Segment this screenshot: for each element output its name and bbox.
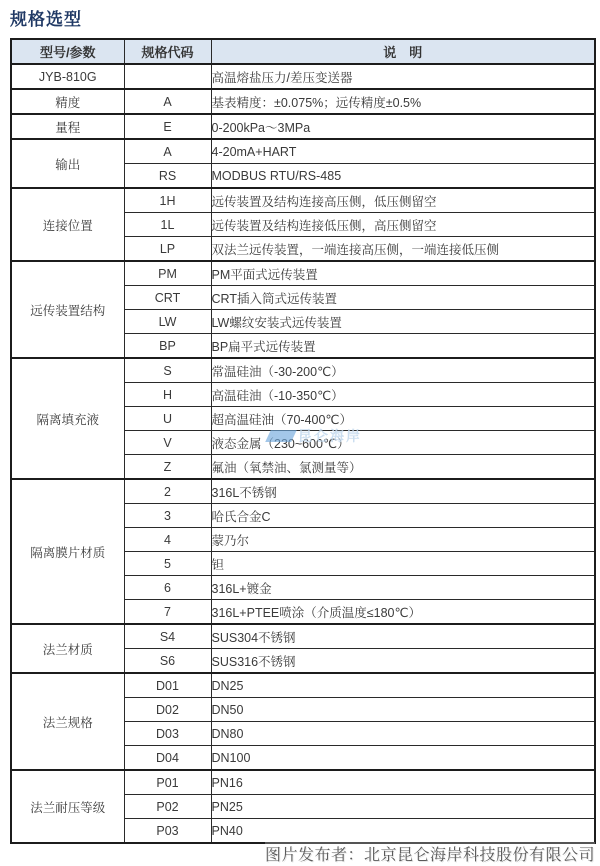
desc-cell: SUS304不锈钢	[211, 624, 595, 649]
code-cell: S4	[124, 624, 211, 649]
code-cell: 3	[124, 504, 211, 528]
desc-cell: 远传装置及结构连接高压侧，低压侧留空	[211, 188, 595, 213]
desc-cell: 哈氏合金C	[211, 504, 595, 528]
desc-cell: DN100	[211, 746, 595, 771]
desc-cell: 远传装置及结构连接低压侧，高压侧留空	[211, 213, 595, 237]
code-cell: 5	[124, 552, 211, 576]
desc-cell: 液态金属（230~600℃）	[211, 431, 595, 455]
table-row: 隔离膜片材质2316L不锈钢	[11, 479, 595, 504]
header-spec-code: 规格代码	[124, 39, 211, 64]
table-row: JYB-810G高温熔盐压力/差压变送器	[11, 64, 595, 89]
code-cell: CRT	[124, 286, 211, 310]
desc-cell: PN25	[211, 795, 595, 819]
desc-cell: 双法兰远传装置，一端连接高压侧，一端连接低压侧	[211, 237, 595, 262]
code-cell: 4	[124, 528, 211, 552]
code-cell: PM	[124, 261, 211, 286]
table-row: 隔离填充液S常温硅油（-30-200℃）	[11, 358, 595, 383]
code-cell: RS	[124, 164, 211, 189]
code-cell: V	[124, 431, 211, 455]
desc-cell: LW螺纹安装式远传装置	[211, 310, 595, 334]
param-cell: 远传装置结构	[11, 261, 124, 358]
code-cell: A	[124, 139, 211, 164]
desc-cell: DN50	[211, 698, 595, 722]
spec-table-header: 型号/参数 规格代码 说 明	[11, 39, 595, 64]
desc-cell: CRT插入筒式远传装置	[211, 286, 595, 310]
code-cell: D01	[124, 673, 211, 698]
code-cell: D04	[124, 746, 211, 771]
code-cell: BP	[124, 334, 211, 359]
code-cell: S6	[124, 649, 211, 674]
table-row: 远传装置结构PMPM平面式远传装置	[11, 261, 595, 286]
code-cell: 2	[124, 479, 211, 504]
desc-cell: 常温硅油（-30-200℃）	[211, 358, 595, 383]
code-cell: H	[124, 383, 211, 407]
code-cell: P02	[124, 795, 211, 819]
code-cell: LW	[124, 310, 211, 334]
param-cell: 精度	[11, 89, 124, 114]
desc-cell: 0-200kPa～3MPa	[211, 114, 595, 139]
code-cell: E	[124, 114, 211, 139]
param-cell: 连接位置	[11, 188, 124, 261]
spec-table-body: JYB-810G高温熔盐压力/差压变送器精度A基表精度：±0.075%；远传精度…	[11, 64, 595, 843]
code-cell: D02	[124, 698, 211, 722]
table-row: 精度A基表精度：±0.075%；远传精度±0.5%	[11, 89, 595, 114]
desc-cell: PN40	[211, 819, 595, 844]
param-cell: 量程	[11, 114, 124, 139]
code-cell: D03	[124, 722, 211, 746]
desc-cell: 高温硅油（-10-350℃）	[211, 383, 595, 407]
param-cell: 隔离膜片材质	[11, 479, 124, 624]
desc-cell: BP扁平式远传装置	[211, 334, 595, 359]
table-row: 法兰耐压等级P01PN16	[11, 770, 595, 795]
header-model-param: 型号/参数	[11, 39, 124, 64]
code-cell	[124, 64, 211, 89]
desc-cell: PM平面式远传装置	[211, 261, 595, 286]
code-cell: U	[124, 407, 211, 431]
desc-cell: 高温熔盐压力/差压变送器	[211, 64, 595, 89]
desc-cell: 4-20mA+HART	[211, 139, 595, 164]
desc-cell: PN16	[211, 770, 595, 795]
desc-cell: 蒙乃尔	[211, 528, 595, 552]
desc-cell: SUS316不锈钢	[211, 649, 595, 674]
code-cell: S	[124, 358, 211, 383]
table-row: 输出A4-20mA+HART	[11, 139, 595, 164]
header-description: 说 明	[211, 39, 595, 64]
code-cell: 1H	[124, 188, 211, 213]
code-cell: Z	[124, 455, 211, 480]
code-cell: P03	[124, 819, 211, 844]
table-row: 量程E0-200kPa～3MPa	[11, 114, 595, 139]
param-cell: JYB-810G	[11, 64, 124, 89]
desc-cell: 316L不锈钢	[211, 479, 595, 504]
param-cell: 隔离填充液	[11, 358, 124, 479]
desc-cell: 超高温硅油（70-400℃）	[211, 407, 595, 431]
desc-cell: 钽	[211, 552, 595, 576]
code-cell: 1L	[124, 213, 211, 237]
desc-cell: 基表精度：±0.075%；远传精度±0.5%	[211, 89, 595, 114]
code-cell: P01	[124, 770, 211, 795]
table-row: 法兰规格D01DN25	[11, 673, 595, 698]
table-row: 连接位置1H远传装置及结构连接高压侧，低压侧留空	[11, 188, 595, 213]
publisher-credit: 图片发布者：北京昆仑海岸科技股份有限公司	[265, 842, 595, 865]
code-cell: 7	[124, 600, 211, 625]
param-cell: 法兰规格	[11, 673, 124, 770]
code-cell: 6	[124, 576, 211, 600]
page-title: 规格选型	[10, 5, 82, 30]
desc-cell: 316L+镀金	[211, 576, 595, 600]
param-cell: 法兰耐压等级	[11, 770, 124, 843]
code-cell: A	[124, 89, 211, 114]
desc-cell: DN25	[211, 673, 595, 698]
desc-cell: 氟油（氧禁油、氯测量等）	[211, 455, 595, 480]
header-row: 型号/参数 规格代码 说 明	[11, 39, 595, 64]
desc-cell: 316L+PTEE喷涂（介质温度≤180℃）	[211, 600, 595, 625]
param-cell: 法兰材质	[11, 624, 124, 673]
spec-table: 型号/参数 规格代码 说 明 JYB-810G高温熔盐压力/差压变送器精度A基表…	[10, 38, 596, 844]
param-cell: 输出	[11, 139, 124, 188]
desc-cell: MODBUS RTU/RS-485	[211, 164, 595, 189]
table-row: 法兰材质S4SUS304不锈钢	[11, 624, 595, 649]
code-cell: LP	[124, 237, 211, 262]
desc-cell: DN80	[211, 722, 595, 746]
